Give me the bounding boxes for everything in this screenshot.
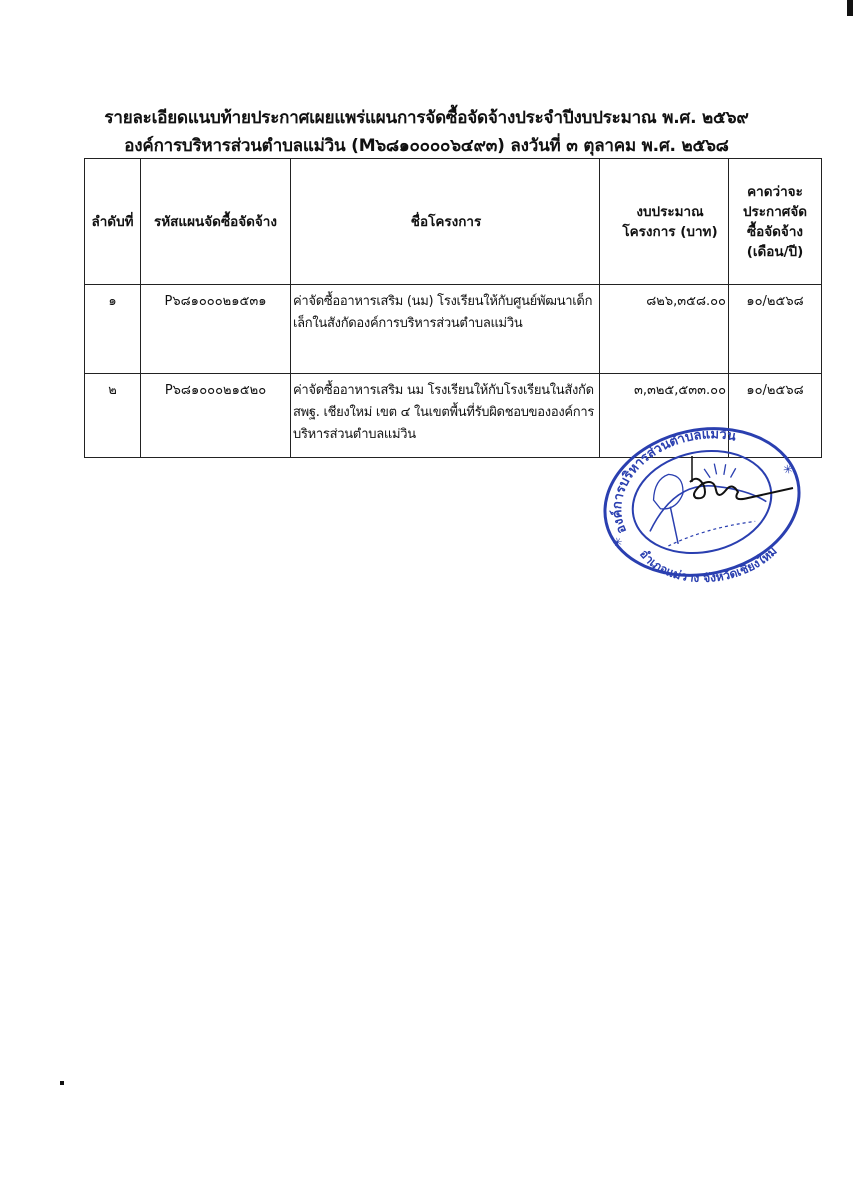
official-seal-stamp: องค์การบริหารส่วนตำบลแม่วิน อำเภอแม่วาง …	[600, 420, 805, 585]
seal-bottom-text: อำเภอแม่วาง จังหวัดเชียงใหม่	[636, 520, 784, 585]
row-budget: ๘๒๖,๓๕๘.๐๐	[600, 285, 729, 374]
svg-text:อำเภอแม่วาง จังหวัดเชียงใหม่: อำเภอแม่วาง จังหวัดเชียงใหม่	[636, 520, 784, 585]
document-title-line1: รายละเอียดแนบท้ายประกาศเผยแพร่แผนการจัดซ…	[0, 104, 853, 131]
row-name: ค่าจัดซื้ออาหารเสริม นม โรงเรียนให้กับโร…	[291, 374, 600, 458]
header-budget: งบประมาณโครงการ (บาท)	[600, 159, 729, 285]
header-no: ลำดับที่	[85, 159, 141, 285]
header-name: ชื่อโครงการ	[291, 159, 600, 285]
signature	[690, 479, 793, 499]
scan-edge-mark	[847, 0, 853, 16]
seal-top-text: องค์การบริหารส่วนตำบลแม่วิน	[600, 420, 753, 536]
row-code: P๖๘๑๐๐๐๒๑๕๓๑	[141, 285, 291, 374]
header-month: คาดว่าจะประกาศจัดซื้อจัดจ้าง (เดือน/ปี)	[729, 159, 822, 285]
row-no: ๑	[85, 285, 141, 374]
row-month: ๑๐/๒๕๖๘	[729, 285, 822, 374]
svg-text:องค์การบริหารส่วนตำบลแม่วิน: องค์การบริหารส่วนตำบลแม่วิน	[600, 420, 753, 536]
row-name: ค่าจัดซื้ออาหารเสริม (นม) โรงเรียนให้กับ…	[291, 285, 600, 374]
header-code: รหัสแผนจัดซื้อจัดจ้าง	[141, 159, 291, 285]
table-header-row: ลำดับที่ รหัสแผนจัดซื้อจัดจ้าง ชื่อโครงก…	[85, 159, 822, 285]
row-no: ๒	[85, 374, 141, 458]
svg-text:✳: ✳	[782, 461, 795, 477]
table-row: ๑ P๖๘๑๐๐๐๒๑๕๓๑ ค่าจัดซื้ออาหารเสริม (นม)…	[85, 285, 822, 374]
procurement-plan-table: ลำดับที่ รหัสแผนจัดซื้อจัดจ้าง ชื่อโครงก…	[84, 158, 822, 458]
row-code: P๖๘๑๐๐๐๒๑๕๒๐	[141, 374, 291, 458]
svg-text:✳: ✳	[611, 535, 624, 551]
scan-speck	[60, 1081, 64, 1085]
document-title-line2: องค์การบริหารส่วนตำบลแม่วิน (M๖๘๑๐๐๐๐๖๔๙…	[0, 132, 853, 159]
